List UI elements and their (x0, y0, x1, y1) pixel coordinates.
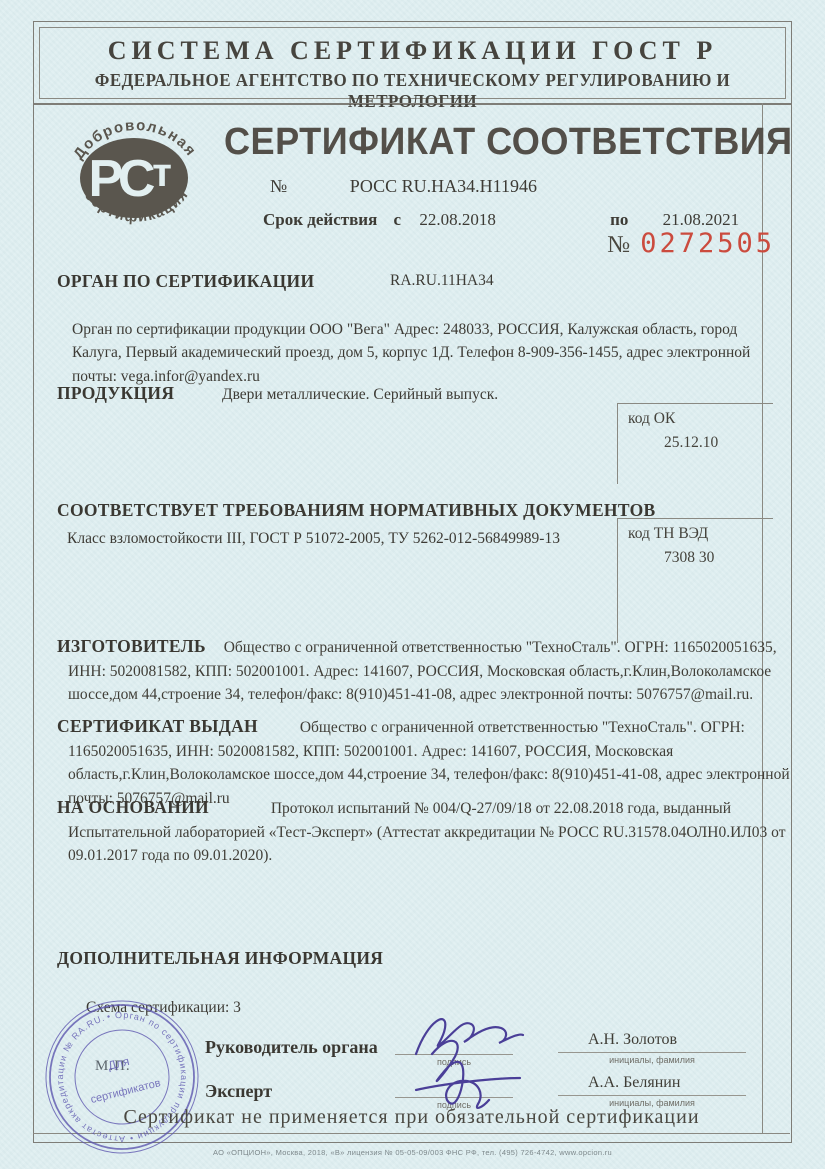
ok-code-label: код ОК (628, 410, 773, 428)
rst-logo: Добровольная сертификация РС т (58, 108, 214, 244)
head-name-line (558, 1052, 746, 1053)
validity-to-label: по (610, 210, 628, 229)
basis-section: НА ОСНОВАНИИ Протокол испытаний № 004/Q-… (57, 794, 790, 868)
head-name-caption: инициалы, фамилия (558, 1055, 746, 1065)
compliance-text: Класс взломостойкости III, ГОСТ Р 51072-… (67, 527, 612, 550)
tnved-code-value: 7308 30 (664, 549, 773, 567)
certificate-title: СЕРТИФИКАТ СООТВЕТСТВИЯ (224, 121, 793, 164)
restriction-note: Сертификат не применяется при обязательн… (60, 1106, 763, 1129)
cert-number-row: № РОСС RU.НА34.Н11946 (270, 176, 537, 197)
blank-number-label: № (607, 232, 630, 258)
expert-role-label: Эксперт (205, 1081, 272, 1102)
validity-to-date: 21.08.2021 (663, 210, 740, 229)
issued-to-heading: СЕРТИФИКАТ ВЫДАН (57, 716, 258, 736)
head-name: А.Н. Золотов (588, 1031, 677, 1049)
blank-number-row: №0272505 (607, 228, 775, 259)
ok-code-box: код ОК 25.12.10 (617, 403, 773, 484)
cert-number-label: № (270, 176, 287, 196)
validity-row: Срок действия с 22.08.2018 по 21.08.2021 (263, 210, 739, 230)
expert-name-line (558, 1095, 746, 1096)
certification-body-text: Орган по сертификации продукции ООО "Вег… (72, 318, 778, 388)
basis-heading: НА ОСНОВАНИИ (57, 797, 209, 817)
certificate-page: СИСТЕМА СЕРТИФИКАЦИИ ГОСТ Р ФЕДЕРАЛЬНОЕ … (0, 0, 825, 1169)
certification-body-heading: ОРГАН ПО СЕРТИФИКАЦИИ (57, 271, 314, 292)
tnved-code-box: код ТН ВЭД 7308 30 (617, 518, 773, 643)
cert-number-value: РОСС RU.НА34.Н11946 (350, 176, 537, 196)
certification-system-title: СИСТЕМА СЕРТИФИКАЦИИ ГОСТ Р (40, 36, 785, 66)
header-box: СИСТЕМА СЕРТИФИКАЦИИ ГОСТ Р ФЕДЕРАЛЬНОЕ … (33, 21, 792, 105)
validity-from-label: с (394, 210, 402, 229)
tnved-code-label: код ТН ВЭД (628, 525, 773, 543)
expert-name: А.А. Белянин (588, 1074, 680, 1092)
blank-number-value: 0272505 (640, 228, 775, 259)
certification-body-code: RA.RU.11HA34 (390, 272, 494, 290)
compliance-heading: СООТВЕТСТВУЕТ ТРЕБОВАНИЯМ НОРМАТИВНЫХ ДО… (57, 500, 655, 521)
header-inner-border: СИСТЕМА СЕРТИФИКАЦИИ ГОСТ Р ФЕДЕРАЛЬНОЕ … (39, 27, 786, 99)
head-role-label: Руководитель органа (205, 1037, 378, 1058)
stamp-center-top: Для (106, 1054, 130, 1073)
manufacturer-section: ИЗГОТОВИТЕЛЬ Общество с ограниченной отв… (57, 633, 792, 707)
product-text: Двери металлические. Серийный выпуск. (222, 383, 612, 406)
validity-label: Срок действия (263, 210, 377, 229)
product-heading: ПРОДУКЦИЯ (57, 383, 174, 404)
logo-monogram: РС (89, 150, 155, 208)
validity-from-date: 22.08.2018 (419, 210, 496, 229)
manufacturer-heading: ИЗГОТОВИТЕЛЬ (57, 636, 206, 656)
printer-imprint: АО «ОПЦИОН», Москва, 2018, «В» лицензия … (0, 1148, 825, 1157)
logo-monogram-t: т (152, 151, 172, 195)
ok-code-value: 25.12.10 (664, 434, 773, 452)
additional-info-heading: ДОПОЛНИТЕЛЬНАЯ ИНФОРМАЦИЯ (57, 948, 383, 969)
stamp-center-bottom: сертификатов (89, 1077, 162, 1106)
